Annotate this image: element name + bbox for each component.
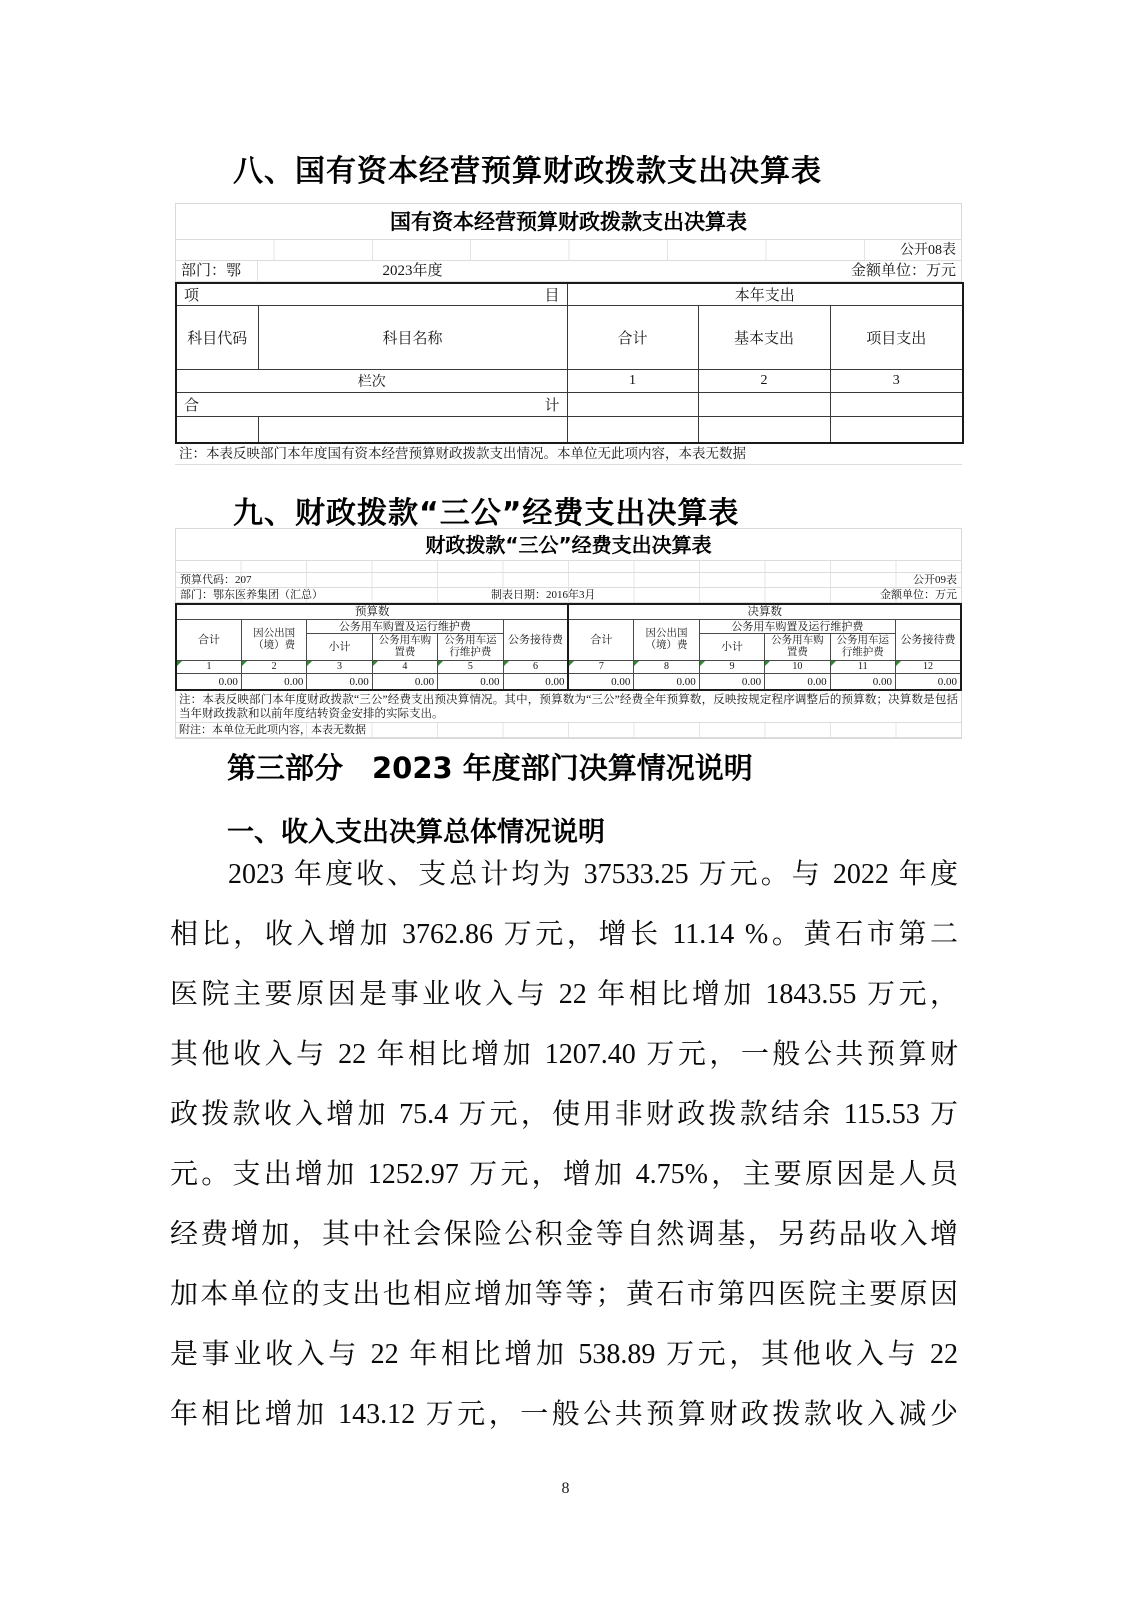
three-public-expenses-table: 财政拨款“三公”经费支出决算表 预算代码：207 公开09表 部门：鄂东医养集团…	[175, 528, 962, 739]
table2-value-cell: 0.00	[765, 674, 830, 691]
table1-unit: 金额单位：万元	[567, 261, 961, 281]
table2-value-cell: 0.00	[438, 674, 503, 691]
table1-note: 注：本表反映部门本年度国有资本经营预算财政拨款支出情况。本单位无此项内容，本表无…	[175, 444, 962, 465]
state-capital-expenditure-table: 国有资本经营预算财政拨款支出决算表 公开08表 部门：鄂 2023年度 金额单位…	[175, 203, 962, 465]
table2-b-vehicle-purchase: 公务用车购 置费	[372, 634, 437, 661]
table2-col-number: 11	[830, 661, 895, 674]
table1-year: 2023年度	[258, 261, 567, 281]
table2-col-number: 4	[372, 661, 437, 674]
table2-b-vehicle-group: 公务用车购置及运行维护费	[307, 620, 503, 634]
part3-heading: 第三部分 2023 年度部门决算情况说明	[227, 746, 753, 787]
table1-item-left: 项	[184, 284, 199, 305]
table2-grid: 预算数 决算数 合计 因公出国 （境）费 公务用车购置及运行维护费 公务接待费 …	[175, 603, 962, 691]
table2-budget-code: 预算代码：207	[176, 573, 252, 587]
paragraph-line: 是事业收入与 22 年相比增加 538.89 万元，其他收入与 22	[170, 1325, 958, 1385]
table2-col-number: 5	[438, 661, 503, 674]
table2-col-number: 9	[699, 661, 764, 674]
summary-paragraph: 2023 年度收、支总计均为 37533.25 万元。与 2022 年度 相比，…	[170, 845, 958, 1445]
empty-cell	[176, 417, 258, 443]
table2-date: 制表日期：2016年3月	[491, 588, 596, 602]
table2-info-row-1: 预算代码：207 公开09表	[176, 573, 961, 588]
table1-info-row: 部门：鄂 2023年度 金额单位：万元	[176, 261, 961, 282]
section-8-heading: 八、国有资本经营预算财政拨款支出决算表	[233, 146, 822, 190]
table1-total-right: 计	[544, 394, 559, 415]
table1-dept: 部门：鄂	[176, 261, 258, 281]
table2-final-group: 决算数	[568, 604, 961, 620]
table1-col-number: 1	[567, 370, 698, 393]
table2-b-vehicle-maintain: 公务用车运 行维护费	[438, 634, 503, 661]
table2-col-number: 10	[765, 661, 830, 674]
table1-col-basic: 基本支出	[698, 306, 830, 370]
paragraph-line: 经费增加，其中社会保险公积金等自然调基，另药品收入增	[170, 1205, 958, 1265]
table2-unit: 金额单位：万元	[880, 588, 961, 602]
table2-value-cell: 0.00	[895, 674, 961, 691]
table2-f-vehicle-maintain: 公务用车运 行维护费	[830, 634, 895, 661]
page-number: 8	[0, 1480, 1131, 1498]
table2-group-row: 预算数 决算数	[176, 604, 961, 620]
table1-index-row: 栏次 1 2 3	[176, 370, 963, 393]
table2-f-reception: 公务接待费	[895, 620, 961, 661]
table1-form-code: 公开08表	[176, 240, 961, 261]
empty-cell	[698, 393, 830, 417]
table1-title: 国有资本经营预算财政拨款支出决算表	[176, 204, 961, 240]
table2-f-abroad: 因公出国 （境）费	[634, 620, 699, 661]
paragraph-line: 其他收入与 22 年相比增加 1207.40 万元，一般公共预算财	[170, 1025, 958, 1085]
paragraph-line: 相比，收入增加 3762.86 万元，增长 11.14 %。黄石市第二	[170, 905, 958, 965]
table1-col-number: 3	[830, 370, 963, 393]
table1-col-project: 项目支出	[830, 306, 963, 370]
table1-index-label: 栏次	[176, 370, 567, 393]
table2-value-cell: 0.00	[699, 674, 764, 691]
table1-total-row: 合 计	[176, 393, 963, 417]
table2-value-cell: 0.00	[634, 674, 699, 691]
table2-value-cell: 0.00	[503, 674, 568, 691]
table2-f-vehicle-purchase: 公务用车购 置费	[765, 634, 830, 661]
table2-title: 财政拨款“三公”经费支出决算表	[176, 529, 961, 561]
empty-cell	[567, 393, 698, 417]
table2-col-number: 2	[241, 661, 306, 674]
empty-cell	[258, 417, 567, 443]
table1-grid: 项 目 本年支出 科目代码 科目名称 合计 基本支出 项目支出 栏次 1 2 3	[175, 282, 964, 444]
table1-total-left: 合	[184, 394, 199, 415]
table2-budget-group: 预算数	[176, 604, 568, 620]
empty-cell	[567, 417, 698, 443]
table2-value-row: 0.00 0.00 0.00 0.00 0.00 0.00 0.00 0.00 …	[176, 674, 961, 691]
table2-b-reception: 公务接待费	[503, 620, 568, 661]
table2-value-cell: 0.00	[176, 674, 241, 691]
part3-sub-heading: 一、收入支出决算总体情况说明	[227, 810, 605, 849]
table1-header-row-2: 科目代码 科目名称 合计 基本支出 项目支出	[176, 306, 963, 370]
table2-col-number: 8	[634, 661, 699, 674]
table1-empty-row	[176, 417, 963, 443]
table2-b-vehicle-subtotal: 小计	[307, 634, 372, 661]
paragraph-line: 政拨款收入增加 75.4 万元，使用非财政拨款结余 115.53 万	[170, 1085, 958, 1145]
table2-value-cell: 0.00	[372, 674, 437, 691]
table2-index-row: 1 2 3 4 5 6 7 8 9 10 11 12	[176, 661, 961, 674]
table2-value-cell: 0.00	[241, 674, 306, 691]
table2-b-abroad: 因公出国 （境）费	[241, 620, 306, 661]
table1-year-expense-header: 本年支出	[567, 283, 963, 306]
table1-header-row-1: 项 目 本年支出	[176, 283, 963, 306]
paragraph-line: 元。支出增加 1252.97 万元，增加 4.75%，主要原因是人员	[170, 1145, 958, 1205]
table2-footnote: 附注：本单位无此项内容，本表无数据	[176, 723, 961, 738]
table2-form-code: 公开09表	[913, 573, 961, 587]
table2-f-total: 合计	[568, 620, 633, 661]
table1-col-total: 合计	[567, 306, 698, 370]
table2-value-cell: 0.00	[307, 674, 372, 691]
empty-cell	[830, 417, 963, 443]
table2-f-vehicle-subtotal: 小计	[699, 634, 764, 661]
table1-total-label: 合 计	[176, 393, 567, 417]
table1-col-number: 2	[698, 370, 830, 393]
paragraph-line: 2023 年度收、支总计均为 37533.25 万元。与 2022 年度	[170, 845, 958, 905]
table2-col-number: 6	[503, 661, 568, 674]
table2-value-cell: 0.00	[830, 674, 895, 691]
paragraph-line: 加本单位的支出也相应增加等等；黄石市第四医院主要原因	[170, 1265, 958, 1325]
table2-dept: 部门：鄂东医养集团（汇总）	[176, 588, 323, 602]
table2-subgroup-row: 合计 因公出国 （境）费 公务用车购置及运行维护费 公务接待费 合计 因公出国 …	[176, 620, 961, 634]
table2-info-row-2: 部门：鄂东医养集团（汇总） 制表日期：2016年3月 金额单位：万元	[176, 588, 961, 603]
table1-item-right: 目	[544, 284, 559, 305]
table1-item-header: 项 目	[176, 283, 567, 306]
table2-blank-row	[176, 561, 961, 573]
table2-col-number: 12	[895, 661, 961, 674]
paragraph-line: 年相比增加 143.12 万元，一般公共预算财政拨款收入减少	[170, 1385, 958, 1445]
table2-value-cell: 0.00	[568, 674, 633, 691]
paragraph-line: 医院主要原因是事业收入与 22 年相比增加 1843.55 万元，	[170, 965, 958, 1025]
table2-col-number: 1	[176, 661, 241, 674]
table1-col-code: 科目代码	[176, 306, 258, 370]
table2-col-number: 3	[307, 661, 372, 674]
table2-f-vehicle-group: 公务用车购置及运行维护费	[699, 620, 895, 634]
document-page: 八、国有资本经营预算财政拨款支出决算表 国有资本经营预算财政拨款支出决算表 公开…	[0, 0, 1131, 1600]
empty-cell	[830, 393, 963, 417]
table2-b-total: 合计	[176, 620, 241, 661]
section-9-heading: 九、财政拨款“三公”经费支出决算表	[233, 488, 739, 532]
table2-col-number: 7	[568, 661, 633, 674]
table1-col-name: 科目名称	[258, 306, 567, 370]
empty-cell	[698, 417, 830, 443]
table2-note: 注：本表反映部门本年度财政拨款“三公”经费支出预决算情况。其中，预算数为“三公”…	[176, 691, 961, 723]
